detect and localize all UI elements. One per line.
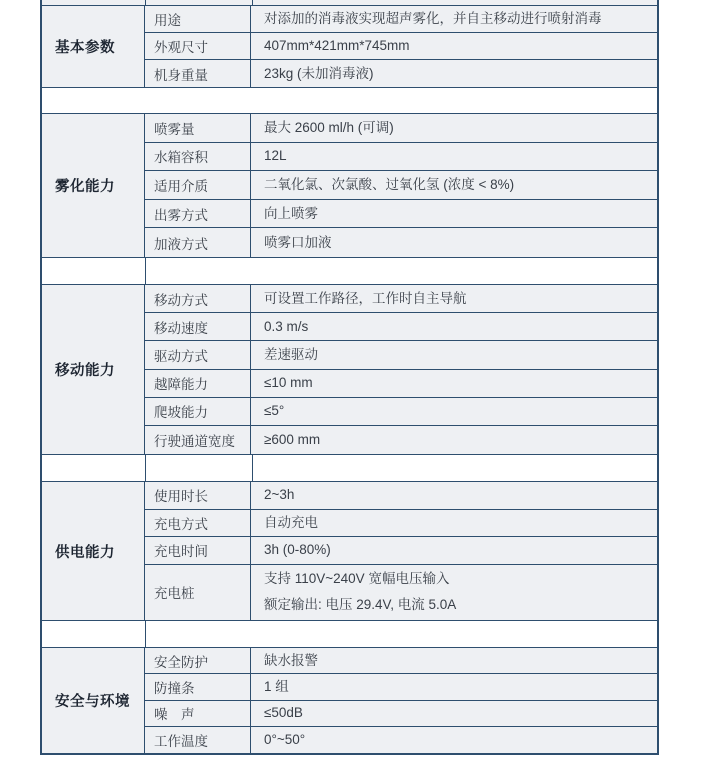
param-value-cell: ≤50dB bbox=[251, 701, 657, 726]
table-row: 移动方式 可设置工作路径，工作时自主导航 bbox=[145, 285, 657, 313]
param-value-cell: 缺水报警 bbox=[251, 648, 657, 673]
param-value-cell: 二氧化氯、次氯酸、过氧化氢 (浓度 < 8%) bbox=[251, 171, 657, 199]
param-name-cell: 使用时长 bbox=[145, 482, 251, 509]
section-safety-environment: 安全与环境 安全防护 缺水报警 防撞条 1 组 噪 声 ≤50dB 工作温度 0… bbox=[42, 647, 657, 753]
table-row: 充电时间 3h (0-80%) bbox=[145, 537, 657, 565]
table-row: 驱动方式 差速驱动 bbox=[145, 341, 657, 369]
param-value-cell: 0.3 m/s bbox=[251, 313, 657, 340]
param-name-cell: 出雾方式 bbox=[145, 200, 251, 228]
param-name-cell: 移动方式 bbox=[145, 285, 251, 312]
param-value-cell: 自动充电 bbox=[251, 510, 657, 537]
column-divider bbox=[145, 258, 146, 284]
param-value-cell: 喷雾口加液 bbox=[251, 228, 657, 257]
section-rows: 安全防护 缺水报警 防撞条 1 组 噪 声 ≤50dB 工作温度 0°~50° bbox=[145, 648, 657, 753]
param-value-cell: 23kg (未加消毒液) bbox=[251, 60, 657, 87]
param-value-cell: 3h (0-80%) bbox=[251, 537, 657, 564]
table-row: 行驶通道宽度 ≥600 mm bbox=[145, 426, 657, 454]
section-gap bbox=[42, 455, 657, 481]
param-name-cell: 充电方式 bbox=[145, 510, 251, 537]
param-name-cell: 工作温度 bbox=[145, 727, 251, 753]
section-title: 基本参数 bbox=[42, 6, 145, 87]
column-divider bbox=[252, 455, 253, 481]
table-row: 充电桩 支持 110V~240V 宽幅电压输入 额定输出: 电压 29.4V, … bbox=[145, 565, 657, 621]
table-row: 安全防护 缺水报警 bbox=[145, 648, 657, 674]
param-value-cell: ≤5° bbox=[251, 398, 657, 425]
column-divider bbox=[145, 621, 146, 647]
spec-table: 基本参数 用途 对添加的消毒液实现超声雾化，并自主移动进行喷射消毒 外观尺寸 4… bbox=[40, 0, 659, 755]
param-name-cell: 外观尺寸 bbox=[145, 33, 251, 59]
table-row: 使用时长 2~3h bbox=[145, 482, 657, 510]
param-value-cell: 对添加的消毒液实现超声雾化，并自主移动进行喷射消毒 bbox=[251, 6, 657, 32]
section-rows: 使用时长 2~3h 充电方式 自动充电 充电时间 3h (0-80%) 充电桩 … bbox=[145, 482, 657, 620]
param-name-cell: 充电桩 bbox=[145, 565, 251, 621]
param-name-cell: 移动速度 bbox=[145, 313, 251, 340]
section-mobility: 移动能力 移动方式 可设置工作路径，工作时自主导航 移动速度 0.3 m/s 驱… bbox=[42, 284, 657, 455]
section-atomization: 雾化能力 喷雾量 最大 2600 ml/h (可调) 水箱容积 12L 适用介质… bbox=[42, 113, 657, 258]
param-name-cell: 适用介质 bbox=[145, 171, 251, 199]
param-name-cell: 越障能力 bbox=[145, 370, 251, 397]
param-value-cell: 2~3h bbox=[251, 482, 657, 509]
param-name-cell: 噪 声 bbox=[145, 701, 251, 726]
section-title: 供电能力 bbox=[42, 482, 145, 620]
table-row: 加液方式 喷雾口加液 bbox=[145, 228, 657, 257]
table-row: 越障能力 ≤10 mm bbox=[145, 370, 657, 398]
section-basic-params: 基本参数 用途 对添加的消毒液实现超声雾化，并自主移动进行喷射消毒 外观尺寸 4… bbox=[42, 6, 657, 88]
table-row: 移动速度 0.3 m/s bbox=[145, 313, 657, 341]
param-value-cell: 1 组 bbox=[251, 674, 657, 699]
param-name-cell: 加液方式 bbox=[145, 228, 251, 257]
param-value-cell: ≤10 mm bbox=[251, 370, 657, 397]
section-gap bbox=[42, 88, 657, 113]
param-name-cell: 喷雾量 bbox=[145, 114, 251, 142]
cut-off-row-top bbox=[42, 0, 657, 6]
param-name-cell: 用途 bbox=[145, 6, 251, 32]
table-row: 充电方式 自动充电 bbox=[145, 510, 657, 538]
param-value-cell: 差速驱动 bbox=[251, 341, 657, 368]
section-power: 供电能力 使用时长 2~3h 充电方式 自动充电 充电时间 3h (0-80%)… bbox=[42, 481, 657, 621]
table-row: 外观尺寸 407mm*421mm*745mm bbox=[145, 33, 657, 60]
section-rows: 移动方式 可设置工作路径，工作时自主导航 移动速度 0.3 m/s 驱动方式 差… bbox=[145, 285, 657, 454]
param-value-cell: 支持 110V~240V 宽幅电压输入 额定输出: 电压 29.4V, 电流 5… bbox=[251, 565, 657, 621]
param-name-cell: 防撞条 bbox=[145, 674, 251, 699]
param-name-cell: 机身重量 bbox=[145, 60, 251, 87]
section-rows: 用途 对添加的消毒液实现超声雾化，并自主移动进行喷射消毒 外观尺寸 407mm*… bbox=[145, 6, 657, 87]
param-name-cell: 充电时间 bbox=[145, 537, 251, 564]
param-value-cell: 407mm*421mm*745mm bbox=[251, 33, 657, 59]
table-row: 爬坡能力 ≤5° bbox=[145, 398, 657, 426]
param-name-cell: 安全防护 bbox=[145, 648, 251, 673]
table-row: 防撞条 1 组 bbox=[145, 674, 657, 700]
section-gap bbox=[42, 258, 657, 284]
param-value-cell: 可设置工作路径，工作时自主导航 bbox=[251, 285, 657, 312]
param-name-cell: 行驶通道宽度 bbox=[145, 426, 251, 454]
section-title: 安全与环境 bbox=[42, 648, 145, 753]
section-rows: 喷雾量 最大 2600 ml/h (可调) 水箱容积 12L 适用介质 二氧化氯… bbox=[145, 114, 657, 257]
column-divider bbox=[145, 0, 146, 5]
table-row: 喷雾量 最大 2600 ml/h (可调) bbox=[145, 114, 657, 143]
table-row: 适用介质 二氧化氯、次氯酸、过氧化氢 (浓度 < 8%) bbox=[145, 171, 657, 200]
column-divider bbox=[252, 0, 253, 5]
param-value-cell: 向上喷雾 bbox=[251, 200, 657, 228]
table-row: 水箱容积 12L bbox=[145, 143, 657, 172]
param-value-cell: 0°~50° bbox=[251, 727, 657, 753]
param-name-cell: 驱动方式 bbox=[145, 341, 251, 368]
table-row: 工作温度 0°~50° bbox=[145, 727, 657, 753]
section-gap bbox=[42, 621, 657, 647]
section-title: 移动能力 bbox=[42, 285, 145, 454]
param-name-cell: 水箱容积 bbox=[145, 143, 251, 171]
param-value-cell: ≥600 mm bbox=[251, 426, 657, 454]
section-title: 雾化能力 bbox=[42, 114, 145, 257]
param-value-cell: 最大 2600 ml/h (可调) bbox=[251, 114, 657, 142]
column-divider bbox=[145, 455, 146, 481]
table-row: 出雾方式 向上喷雾 bbox=[145, 200, 657, 229]
param-value-cell: 12L bbox=[251, 143, 657, 171]
param-name-cell: 爬坡能力 bbox=[145, 398, 251, 425]
table-row: 机身重量 23kg (未加消毒液) bbox=[145, 60, 657, 87]
table-row: 噪 声 ≤50dB bbox=[145, 701, 657, 727]
table-row: 用途 对添加的消毒液实现超声雾化，并自主移动进行喷射消毒 bbox=[145, 6, 657, 33]
